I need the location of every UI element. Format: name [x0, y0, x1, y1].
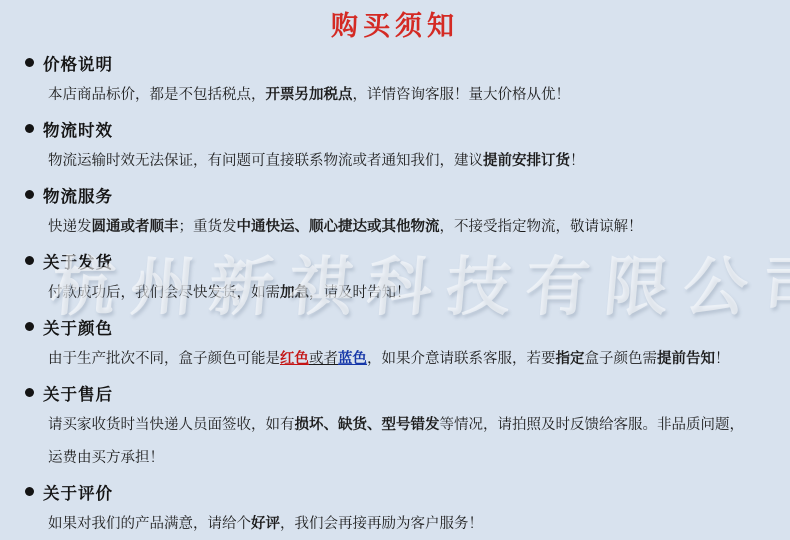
sections: 价格说明本店商品标价，都是不包括税点，开票另加税点，详情咨询客服！量大价格从优！…: [0, 46, 790, 540]
text-segment: 蓝色: [338, 351, 367, 367]
notice-section: 关于售后请买家收货时当快递人员面签收，如有损坏、缺货、型号错发等情况，请拍照及时…: [0, 376, 790, 475]
section-heading: 关于售后: [43, 381, 113, 405]
bullet-icon: [25, 388, 34, 397]
text-segment: 红色: [280, 351, 309, 367]
section-heading-row: 关于售后: [0, 376, 790, 409]
page-title: 购买须知: [331, 4, 459, 43]
section-heading: 价格说明: [43, 51, 113, 75]
title-row: 购买须知: [0, 0, 790, 46]
text-segment: 快递发: [48, 219, 92, 235]
section-heading: 关于颜色: [43, 315, 113, 339]
section-body: 本店商品标价，都是不包括税点，开票另加税点，详情咨询客服！量大价格从优！: [48, 79, 752, 112]
section-heading-row: 关于颜色: [0, 310, 790, 343]
notice-section: 关于颜色由于生产批次不同，盒子颜色可能是红色或者蓝色，如果介意请联系客服，若要指…: [0, 310, 790, 376]
text-segment: 好评: [251, 516, 280, 532]
text-segment: 中通快运、顺心捷达或其他物流: [237, 219, 440, 235]
bullet-icon: [25, 322, 34, 331]
bullet-icon: [25, 58, 34, 67]
text-segment: 或者: [309, 351, 338, 367]
section-heading-row: 物流时效: [0, 112, 790, 145]
bullet-icon: [25, 124, 34, 133]
text-segment: ！: [570, 153, 585, 169]
text-segment: 请买家收货时当快递人员面签收，如有: [48, 417, 295, 433]
text-segment: ！: [715, 351, 730, 367]
section-body: 物流运输时效无法保证，有问题可直接联系物流或者通知我们，建议提前安排订货！: [48, 145, 752, 178]
text-segment: 物流运输时效无法保证，有问题可直接联系物流或者通知我们，建议: [48, 153, 483, 169]
section-heading: 物流服务: [43, 183, 113, 207]
section-heading: 物流时效: [43, 117, 113, 141]
text-segment: 本店商品标价，都是不包括税点，: [48, 87, 266, 103]
section-heading: 关于评价: [43, 480, 113, 504]
text-segment: ；重货发: [179, 219, 237, 235]
section-body: 快递发圆通或者顺丰；重货发中通快运、顺心捷达或其他物流，不接受指定物流，敬请谅解…: [48, 211, 752, 244]
text-segment: 指定: [556, 351, 585, 367]
section-heading-row: 价格说明: [0, 46, 790, 79]
section-body: 由于生产批次不同，盒子颜色可能是红色或者蓝色，如果介意请联系客服，若要指定盒子颜…: [48, 343, 752, 376]
text-segment: ，如果介意请联系客服，若要: [367, 351, 556, 367]
section-body: 如果对我们的产品满意，请给个好评，我们会再接再励为客户服务！: [48, 508, 752, 540]
notice-section: 关于评价如果对我们的产品满意，请给个好评，我们会再接再励为客户服务！: [0, 475, 790, 540]
text-segment: 盒子颜色需: [585, 351, 658, 367]
text-segment: 损坏、缺货、型号错发: [295, 417, 440, 433]
section-heading: 关于发货: [43, 249, 113, 273]
notice-section: 物流服务快递发圆通或者顺丰；重货发中通快运、顺心捷达或其他物流，不接受指定物流，…: [0, 178, 790, 244]
text-segment: 如果对我们的产品满意，请给个: [48, 516, 251, 532]
notice-content: 购买须知 价格说明本店商品标价，都是不包括税点，开票另加税点，详情咨询客服！量大…: [0, 0, 790, 540]
section-heading-row: 关于发货: [0, 244, 790, 277]
text-segment: 提前告知: [657, 351, 715, 367]
text-segment: 开票另加税点: [266, 87, 353, 103]
text-segment: 付款成功后，我们会尽快发货，如需: [48, 285, 280, 301]
text-segment: 圆通或者顺丰: [92, 219, 179, 235]
section-heading-row: 物流服务: [0, 178, 790, 211]
text-segment: 提前安排订货: [483, 153, 570, 169]
section-heading-row: 关于评价: [0, 475, 790, 508]
text-segment: 由于生产批次不同，盒子颜色可能是: [48, 351, 280, 367]
notice-section: 物流时效物流运输时效无法保证，有问题可直接联系物流或者通知我们，建议提前安排订货…: [0, 112, 790, 178]
text-segment: ，请及时告知！: [309, 285, 411, 301]
section-body: 请买家收货时当快递人员面签收，如有损坏、缺货、型号错发等情况，请拍照及时反馈给客…: [48, 409, 752, 475]
text-segment: ，我们会再接再励为客户服务！: [280, 516, 483, 532]
notice-section: 关于发货付款成功后，我们会尽快发货，如需加急，请及时告知！: [0, 244, 790, 310]
bullet-icon: [25, 256, 34, 265]
purchase-notice-page: { "page": { "background_color": "#d8e2ee…: [0, 0, 790, 540]
section-body: 付款成功后，我们会尽快发货，如需加急，请及时告知！: [48, 277, 752, 310]
text-segment: 加急: [280, 285, 309, 301]
text-segment: ，详情咨询客服！量大价格从优！: [353, 87, 571, 103]
bullet-icon: [25, 487, 34, 496]
bullet-icon: [25, 190, 34, 199]
notice-section: 价格说明本店商品标价，都是不包括税点，开票另加税点，详情咨询客服！量大价格从优！: [0, 46, 790, 112]
text-segment: ，不接受指定物流，敬请谅解！: [440, 219, 643, 235]
